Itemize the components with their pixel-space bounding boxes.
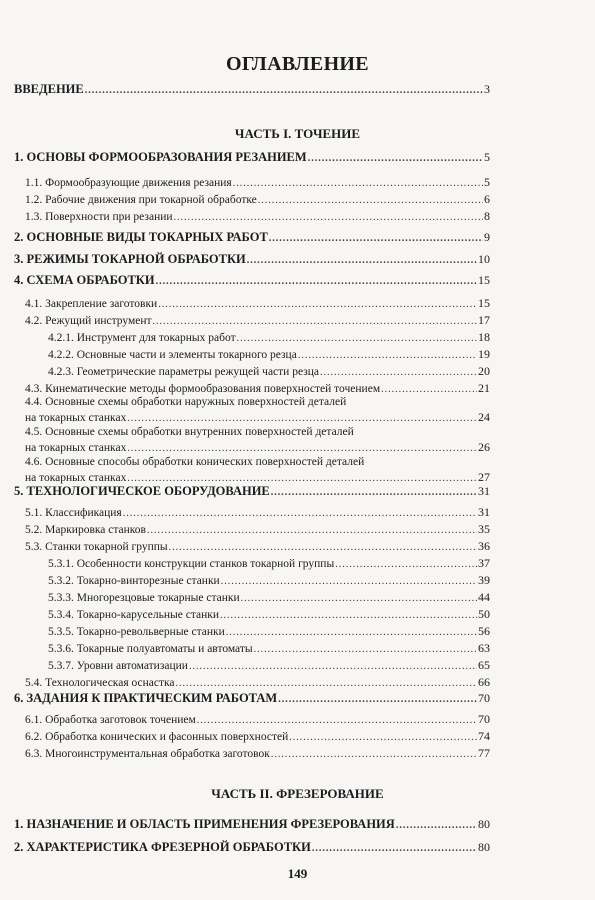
toc-entry-label: 5.3. Станки токарной группы [25,540,168,554]
toc-entry-label: на токарных станках [25,411,126,425]
toc-entry-page: 39 [478,573,490,587]
toc-entry-first-line: 4.4. Основные схемы обработки наружных п… [25,395,346,409]
leader-dots [254,643,477,657]
leader-dots [221,575,477,589]
toc-entry[interactable]: 6.2. Обработка конических и фасонных пов… [25,729,490,745]
toc-entry-page: 8 [484,209,490,223]
toc-entry[interactable]: 5.3.4. Токарно-карусельные станки50 [48,607,490,623]
toc-entry-label: 5.3.2. Токарно-винторезные станки [48,574,220,588]
toc-entry[interactable]: 5.3.6. Токарные полуавтоматы и автоматы6… [48,641,490,657]
toc-entry-page: 5 [484,175,490,189]
leader-dots [278,693,477,707]
leader-dots [226,626,477,640]
toc-entry-page: 66 [478,675,490,689]
leader-dots [156,275,477,289]
toc-entry-label: на токарных станках [25,471,126,485]
leader-dots [147,524,477,538]
toc-entry-first-line: 4.5. Основные схемы обработки внутренних… [25,425,354,439]
toc-entry[interactable]: 1. НАЗНАЧЕНИЕ И ОБЛАСТЬ ПРИМЕНЕНИЯ ФРЕЗЕ… [14,817,490,833]
toc-entry-page: 18 [478,330,490,344]
toc-entry[interactable]: на токарных станках24 [25,410,490,426]
toc-entry-first-line: 4.6. Основные способы обработки коническ… [25,455,364,469]
leader-dots [197,714,477,728]
toc-entry-page: 65 [478,658,490,672]
leader-dots [174,211,483,225]
toc-entry-page: 36 [478,539,490,553]
toc-entry[interactable]: 6. ЗАДАНИЯ К ПРАКТИЧЕСКИМ РАБОТАМ70 [14,691,490,707]
leader-dots [85,84,483,98]
toc-entry-label: 5.3.4. Токарно-карусельные станки [48,608,219,622]
leader-dots [320,366,477,380]
toc-entry-page: 31 [478,505,490,519]
leader-dots [127,442,477,456]
toc-entry-label: 5.4. Технологическая оснастка [25,676,175,690]
toc-entry-label: 2. ХАРАКТЕРИСТИКА ФРЕЗЕРНОЙ ОБРАБОТКИ [14,840,311,854]
leader-dots [220,609,477,623]
toc-entry-label: 1.3. Поверхности при резании [25,210,173,224]
toc-entry-page: 10 [478,252,490,266]
toc-entry-intro[interactable]: ВВЕДЕНИЕ 3 [14,82,490,98]
leader-dots [123,507,477,521]
toc-entry-label: 6.2. Обработка конических и фасонных пов… [25,730,288,744]
toc-entry-label: 3. РЕЖИМЫ ТОКАРНОЙ ОБРАБОТКИ [14,252,246,266]
toc-entry-page: 21 [478,381,490,395]
toc-entry-label: 4. СХЕМА ОБРАБОТКИ [14,273,155,287]
toc-entry-page: 56 [478,624,490,638]
leader-dots [237,332,477,346]
toc-entry-label: 5. ТЕХНОЛОГИЧЕСКОЕ ОБОРУДОВАНИЕ [14,484,270,498]
toc-entry[interactable]: 4.1. Закрепление заготовки15 [25,296,490,312]
toc-entry-label: 4.2. Режущий инструмент [25,314,152,328]
toc-entry-label: 5.3.3. Многорезцовые токарные станки [48,591,240,605]
toc-entry-page: 35 [478,522,490,536]
leader-dots [176,677,477,691]
leader-dots [169,541,477,555]
toc-entry[interactable]: 5.4. Технологическая оснастка66 [25,675,490,691]
toc-entry-label: 6.1. Обработка заготовок точением [25,713,196,727]
toc-entry[interactable]: 4.2.3. Геометрические параметры режущей … [48,364,490,380]
leader-dots [153,315,477,329]
toc-entry[interactable]: 1. ОСНОВЫ ФОРМООБРАЗОВАНИЯ РЕЗАНИЕМ5 [14,150,490,166]
leader-dots [312,842,477,856]
toc-entry-label: 1. НАЗНАЧЕНИЕ И ОБЛАСТЬ ПРИМЕНЕНИЯ ФРЕЗЕ… [14,817,395,831]
leader-dots [233,177,483,191]
toc-entry[interactable]: 1.1. Формообразующие движения резания5 [25,175,490,191]
leader-dots [158,298,477,312]
toc-entry[interactable]: 5.3.1. Особенности конструкции станков т… [48,556,490,572]
toc-entry[interactable]: 5.3.2. Токарно-винторезные станки39 [48,573,490,589]
toc-entry-page: 17 [478,313,490,327]
part-1-title: ЧАСТЬ I. ТОЧЕНИЕ [0,126,595,142]
part-2-title: ЧАСТЬ II. ФРЕЗЕРОВАНИЕ [0,786,595,802]
toc-entry-page: 20 [478,364,490,378]
toc-entry-page: 3 [484,82,490,96]
toc-entry[interactable]: 6.3. Многоинструментальная обработка заг… [25,746,490,762]
toc-entry[interactable]: 5.2. Маркировка станков35 [25,522,490,538]
toc-entry-page: 15 [478,273,490,287]
toc-entry-label: 1.2. Рабочие движения при токарной обраб… [25,193,257,207]
toc-entry-page: 27 [478,470,490,484]
toc-entry-page: 77 [478,746,490,760]
toc-entry-page: 6 [484,192,490,206]
toc-entry-page: 63 [478,641,490,655]
toc-entry[interactable]: 5.3.3. Многорезцовые токарные станки44 [48,590,490,606]
toc-entry[interactable]: 1.2. Рабочие движения при токарной обраб… [25,192,490,208]
toc-entry-page: 44 [478,590,490,604]
toc-entry-label: 4.3. Кинематические методы формообразова… [25,382,380,396]
toc-entry[interactable]: 4.2.1. Инструмент для токарных работ18 [48,330,490,346]
toc-entry-page: 80 [478,840,490,854]
toc-entry[interactable]: 2. ХАРАКТЕРИСТИКА ФРЕЗЕРНОЙ ОБРАБОТКИ80 [14,840,490,856]
toc-entry[interactable]: 2. ОСНОВНЫЕ ВИДЫ ТОКАРНЫХ РАБОТ9 [14,230,490,246]
toc-entry[interactable]: 4. СХЕМА ОБРАБОТКИ15 [14,273,490,289]
leader-dots [271,486,477,500]
page-title: ОГЛАВЛЕНИЕ [0,53,595,76]
leader-dots [396,819,477,833]
toc-entry-label: на токарных станках [25,441,126,455]
toc-entry[interactable]: 5.3.5. Токарно-револьверные станки56 [48,624,490,640]
toc-entry-page: 15 [478,296,490,310]
leader-dots [298,349,477,363]
toc-entry-label: 4.1. Закрепление заготовки [25,297,157,311]
toc-entry-page: 5 [484,150,490,164]
toc-entry-label: 5.3.1. Особенности конструкции станков т… [48,557,334,571]
page-number: 149 [0,866,595,882]
toc-entry[interactable]: 5.3.7. Уровни автоматизации65 [48,658,490,674]
toc-entry-label: 4.2.1. Инструмент для токарных работ [48,331,236,345]
toc-entry-label: 5.3.7. Уровни автоматизации [48,659,188,673]
leader-dots [289,731,477,745]
leader-dots [241,592,477,606]
leader-dots [189,660,477,674]
toc-entry-page: 50 [478,607,490,621]
toc-entry-label: 6. ЗАДАНИЯ К ПРАКТИЧЕСКИМ РАБОТАМ [14,691,277,705]
toc-entry[interactable]: 4.2.2. Основные части и элементы токарно… [48,347,490,363]
toc-entry[interactable]: 3. РЕЖИМЫ ТОКАРНОЙ ОБРАБОТКИ10 [14,252,490,268]
toc-entry-label: 2. ОСНОВНЫЕ ВИДЫ ТОКАРНЫХ РАБОТ [14,230,268,244]
toc-entry-page: 74 [478,729,490,743]
toc-entry-label: ВВЕДЕНИЕ [14,82,84,96]
toc-entry-label: 5.3.6. Токарные полуавтоматы и автоматы [48,642,253,656]
toc-entry-label: 5.1. Классификация [25,506,122,520]
toc-entry-page: 9 [484,230,490,244]
toc-entry-label: 4.2.2. Основные части и элементы токарно… [48,348,297,362]
toc-entry-label: 6.3. Многоинструментальная обработка заг… [25,747,270,761]
toc-entry[interactable]: 5. ТЕХНОЛОГИЧЕСКОЕ ОБОРУДОВАНИЕ31 [14,484,490,500]
toc-entry-page: 80 [478,817,490,831]
toc-entry[interactable]: 6.1. Обработка заготовок точением70 [25,712,490,728]
toc-entry-label: 4.2.3. Геометрические параметры режущей … [48,365,319,379]
leader-dots [271,748,477,762]
leader-dots [269,232,483,246]
toc-entry[interactable]: 5.1. Классификация31 [25,505,490,521]
leader-dots [258,194,483,208]
toc-entry[interactable]: 5.3. Станки токарной группы36 [25,539,490,555]
toc-entry-page: 26 [478,440,490,454]
toc-entry-page: 19 [478,347,490,361]
leader-dots [127,412,477,426]
toc-entry[interactable]: 4.2. Режущий инструмент17 [25,313,490,329]
leader-dots [247,254,477,268]
leader-dots [308,152,483,166]
leader-dots [335,558,477,572]
toc-entry-label: 5.2. Маркировка станков [25,523,146,537]
toc-entry-label: 1.1. Формообразующие движения резания [25,176,232,190]
toc-entry-page: 70 [478,691,490,705]
toc-entry-page: 31 [478,484,490,498]
toc-entry[interactable]: 1.3. Поверхности при резании8 [25,209,490,225]
toc-entry-page: 24 [478,410,490,424]
toc-entry-label: 5.3.5. Токарно-револьверные станки [48,625,225,639]
toc-entry-page: 37 [478,556,490,570]
toc-entry-label: 1. ОСНОВЫ ФОРМООБРАЗОВАНИЯ РЕЗАНИЕМ [14,150,307,164]
toc-entry[interactable]: на токарных станках26 [25,440,490,456]
toc-entry-page: 70 [478,712,490,726]
leader-dots [381,383,477,397]
